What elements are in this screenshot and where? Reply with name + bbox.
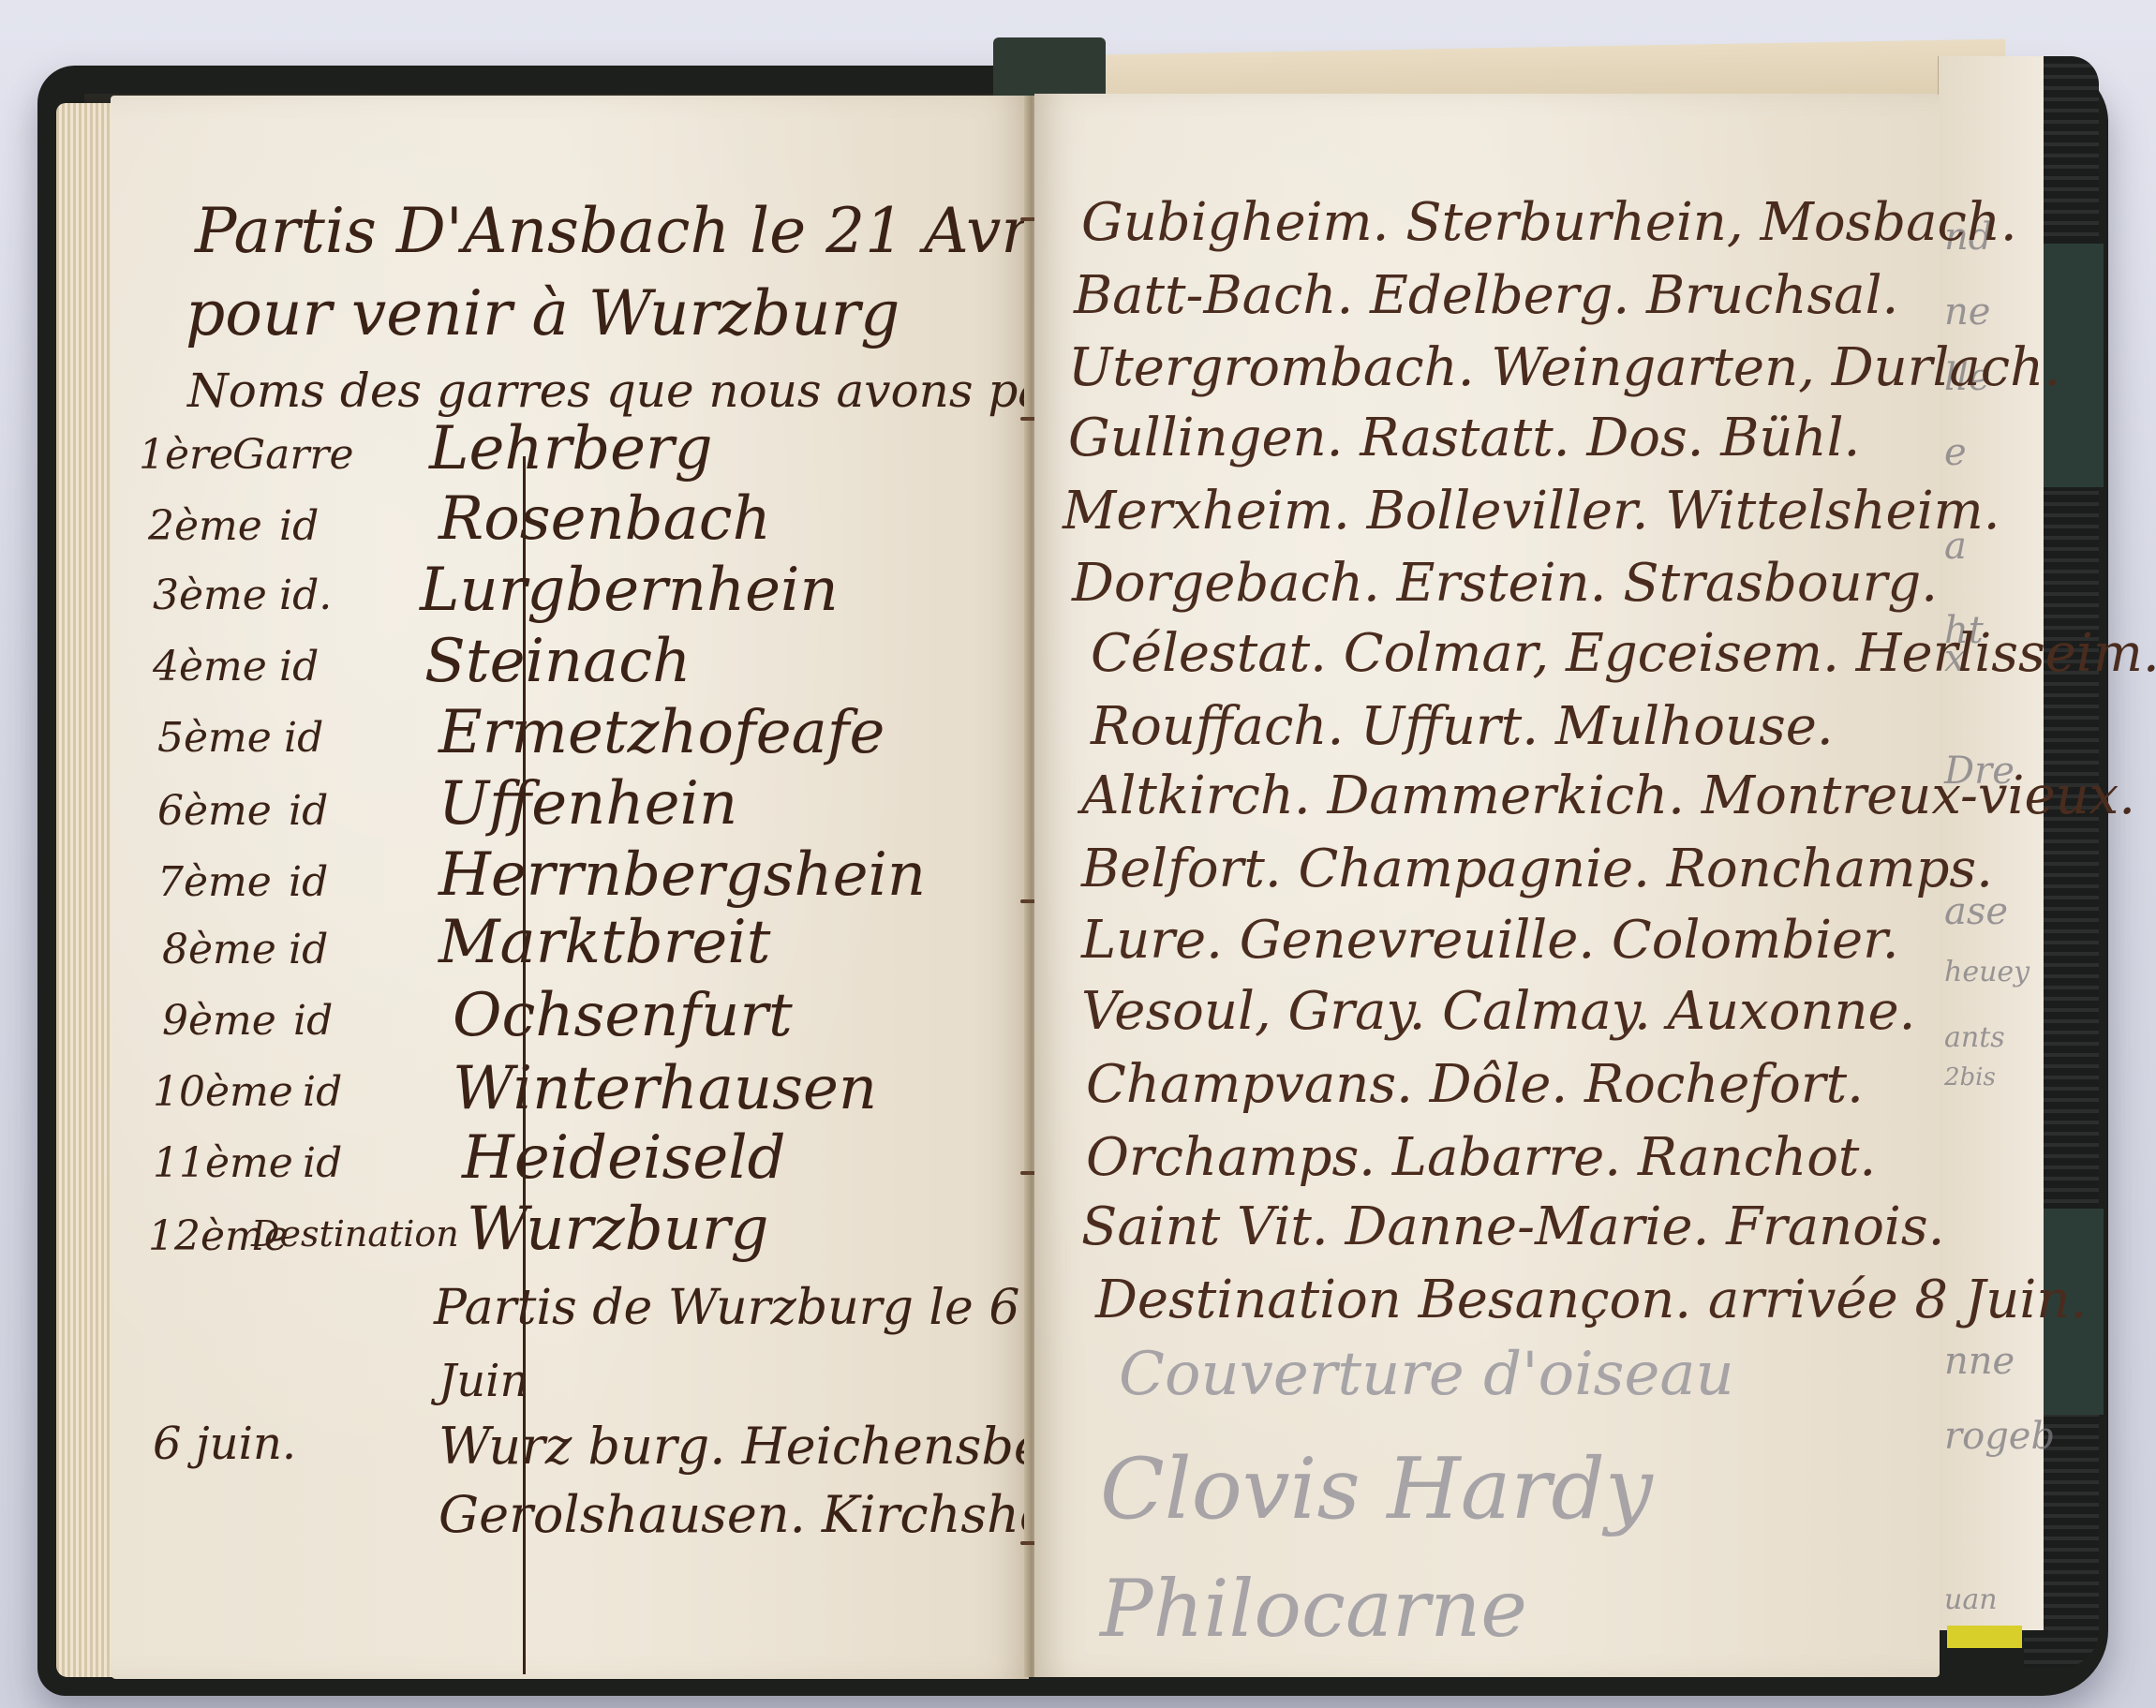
pencil-note-3: Philocarne (1100, 1569, 1527, 1648)
station-label: id (289, 791, 328, 832)
flap-fragment: ants (1944, 1021, 2005, 1054)
route-line: Merxheim. Bolleviller. Wittelsheim. (1063, 485, 2000, 538)
station-ordinal: 1ère (139, 435, 233, 476)
station-label: id (289, 862, 328, 903)
station-label: id (289, 929, 328, 971)
station-name: Heideiseld (462, 1128, 786, 1188)
station-label: Garre (232, 435, 354, 476)
station-name: Lurgbernhein (420, 560, 839, 620)
departure-line-1: Partis de Wurzburg le 6 (434, 1284, 1019, 1332)
route-line: Gullingen. Rastatt. Dos. Bühl. (1068, 412, 1860, 465)
route-line: Champvans. Dôle. Rochefort. (1086, 1059, 1864, 1111)
route-line: Batt-Bach. Edelberg. Bruchsal. (1074, 270, 1898, 322)
station-label: Destination (251, 1216, 459, 1252)
station-label: id (293, 1001, 333, 1042)
station-name: Ochsenfurt (453, 986, 793, 1046)
station-name: Herrnbergshein (439, 845, 926, 905)
station-label: id (284, 718, 323, 759)
station-label: id. (279, 575, 332, 616)
flap-fragment: nne (1944, 1340, 2015, 1383)
route-line: Célestat. Colmar, Egceisem. Herlisseim. (1091, 628, 2156, 680)
flap-fragment: uan (1944, 1583, 1998, 1616)
heading-line-2: pour venir à Wurzburg (186, 283, 900, 345)
yellow-bookmark-tab (1947, 1626, 2022, 1648)
flap-fragment: e (1944, 431, 1967, 474)
station-name: Steinach (424, 631, 691, 691)
station-name: Winterhausen (453, 1059, 877, 1119)
left-page-stack (56, 103, 112, 1677)
station-ordinal: 3ème (153, 575, 267, 616)
route-line: Gubigheim. Sterburhein, Mosbach. (1081, 197, 2017, 249)
route-line: Rouffach. Uffurt. Mulhouse. (1091, 701, 1834, 753)
station-label: id (279, 646, 319, 688)
departure-line-3: Wurz burg. Heichensberg. (439, 1421, 1116, 1472)
station-label: id (279, 506, 319, 547)
station-label: id (303, 1143, 342, 1184)
station-ordinal: 10ème (153, 1072, 293, 1113)
left-page: Partis D'Ansbach le 21 Avril pour venir … (111, 96, 1029, 1679)
station-name: Lehrberg (429, 419, 713, 479)
route-line: Altkirch. Dammerkich. Montreux-vieux. (1081, 770, 2135, 823)
route-line: Orchamps. Labarre. Ranchot. (1086, 1132, 1876, 1184)
station-ordinal: 5ème (157, 718, 272, 759)
route-line: Vesoul, Gray. Calmay. Auxonne. (1081, 986, 1915, 1038)
station-ordinal: 6ème (157, 791, 272, 832)
flap-fragment: rogeb (1944, 1415, 2055, 1458)
route-line: Utergrombach. Weingarten, Durlach. (1068, 342, 2060, 394)
station-ordinal: 4ème (153, 646, 267, 688)
pencil-note-1: Couverture d'oiseau (1119, 1344, 1734, 1404)
flap-fragment: ne (1944, 290, 1990, 334)
heading-line-1: Partis D'Ansbach le 21 Avril (195, 201, 1070, 262)
route-line: Lure. Genevreuille. Colombier. (1081, 914, 1899, 967)
station-ordinal: 11ème (153, 1143, 293, 1184)
station-ordinal: 7ème (157, 862, 272, 903)
route-line: Dorgebach. Erstein. Strasbourg. (1072, 557, 1938, 610)
station-name: Rosenbach (439, 489, 771, 549)
station-name: Ermetzhofeafe (439, 703, 885, 763)
station-name: Uffenhein (439, 774, 737, 834)
right-page: Gubigheim. Sterburhein, Mosbach. Batt-Ba… (1034, 94, 1940, 1677)
flap-fragment: 2bis (1944, 1063, 1996, 1092)
station-name: Wurzburg (467, 1199, 768, 1259)
route-line-destination: Destination Besançon. arrivée 8 Juin. (1095, 1274, 2087, 1327)
pencil-signature: Clovis Hardy (1100, 1448, 1653, 1532)
flap-fragment: heuey (1944, 956, 2030, 988)
station-ordinal: 2ème (148, 506, 262, 547)
departure-date-margin: 6 juin. (153, 1421, 296, 1466)
departure-line-2: Juin (439, 1359, 528, 1404)
station-ordinal: 9ème (162, 1001, 276, 1042)
station-name: Marktbreit (439, 913, 770, 973)
route-line: Belfort. Champagnie. Ronchamps. (1081, 843, 1993, 896)
station-label: id (303, 1072, 342, 1113)
station-ordinal: 8ème (162, 929, 276, 971)
route-line: Saint Vit. Danne-Marie. Franois. (1081, 1201, 1944, 1254)
